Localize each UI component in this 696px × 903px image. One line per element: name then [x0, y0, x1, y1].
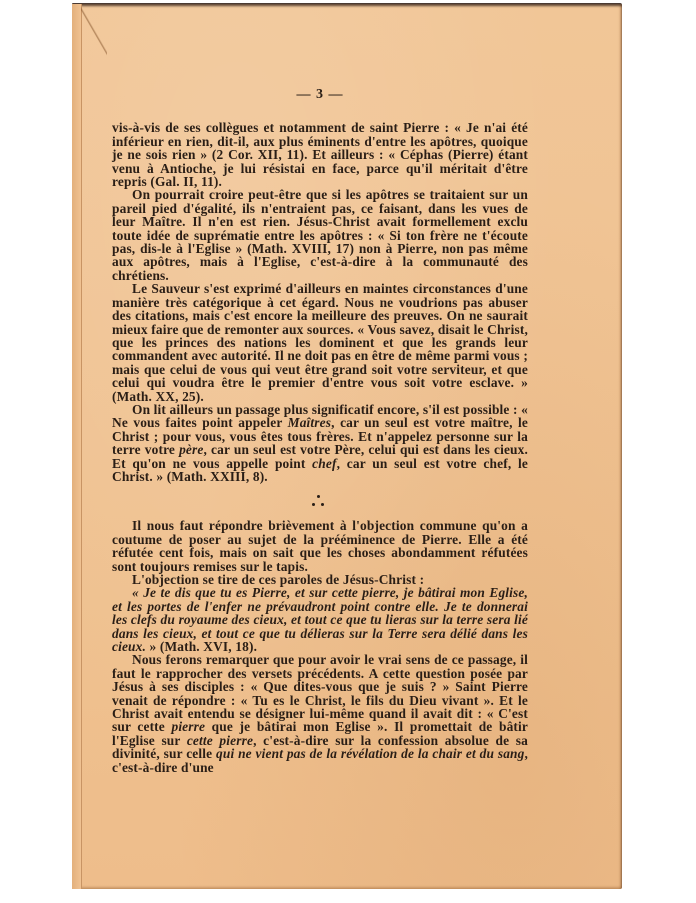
paragraph: Il nous faut répondre brièvement à l'obj…	[112, 519, 528, 573]
text-run: Il nous faut répondre brièvement à l'obj…	[112, 518, 528, 573]
page-content: — 3 — vis-à-vis de ses collègues et nota…	[112, 88, 528, 774]
text-run: On pourrait croire peut-être que si les …	[112, 187, 528, 282]
corner-fold	[81, 4, 107, 59]
paragraph: vis-à-vis de ses collègues et notamment …	[112, 121, 528, 188]
paragraph: On lit ailleurs un passage plus signific…	[112, 403, 528, 483]
asterism-dot	[317, 495, 320, 498]
italic-text: qui ne vient pas de la révélation de la …	[216, 746, 525, 761]
paragraph: « Je te dis que tu es Pierre, et sur cet…	[112, 586, 528, 653]
page-number: — 3 —	[112, 88, 528, 101]
text-section-before: vis-à-vis de ses collègues et notamment …	[112, 121, 528, 483]
text-section-after: Il nous faut répondre brièvement à l'obj…	[112, 519, 528, 774]
page-spine	[72, 4, 82, 889]
text-run: Le Sauveur s'est exprimé d'ailleurs en m…	[112, 281, 528, 403]
asterism-separator	[112, 489, 528, 519]
italic-text: chef	[312, 456, 336, 471]
asterism-dot	[321, 503, 324, 506]
paragraph: Nous ferons remarquer que pour avoir le …	[112, 653, 528, 774]
text-run: vis-à-vis de ses collègues et notamment …	[112, 120, 528, 189]
asterism-dot	[312, 503, 315, 506]
paragraph: Le Sauveur s'est exprimé d'ailleurs en m…	[112, 282, 528, 403]
paragraph: On pourrait croire peut-être que si les …	[112, 188, 528, 282]
paragraph: L'objection se tire de ces paroles de Jé…	[112, 573, 528, 586]
